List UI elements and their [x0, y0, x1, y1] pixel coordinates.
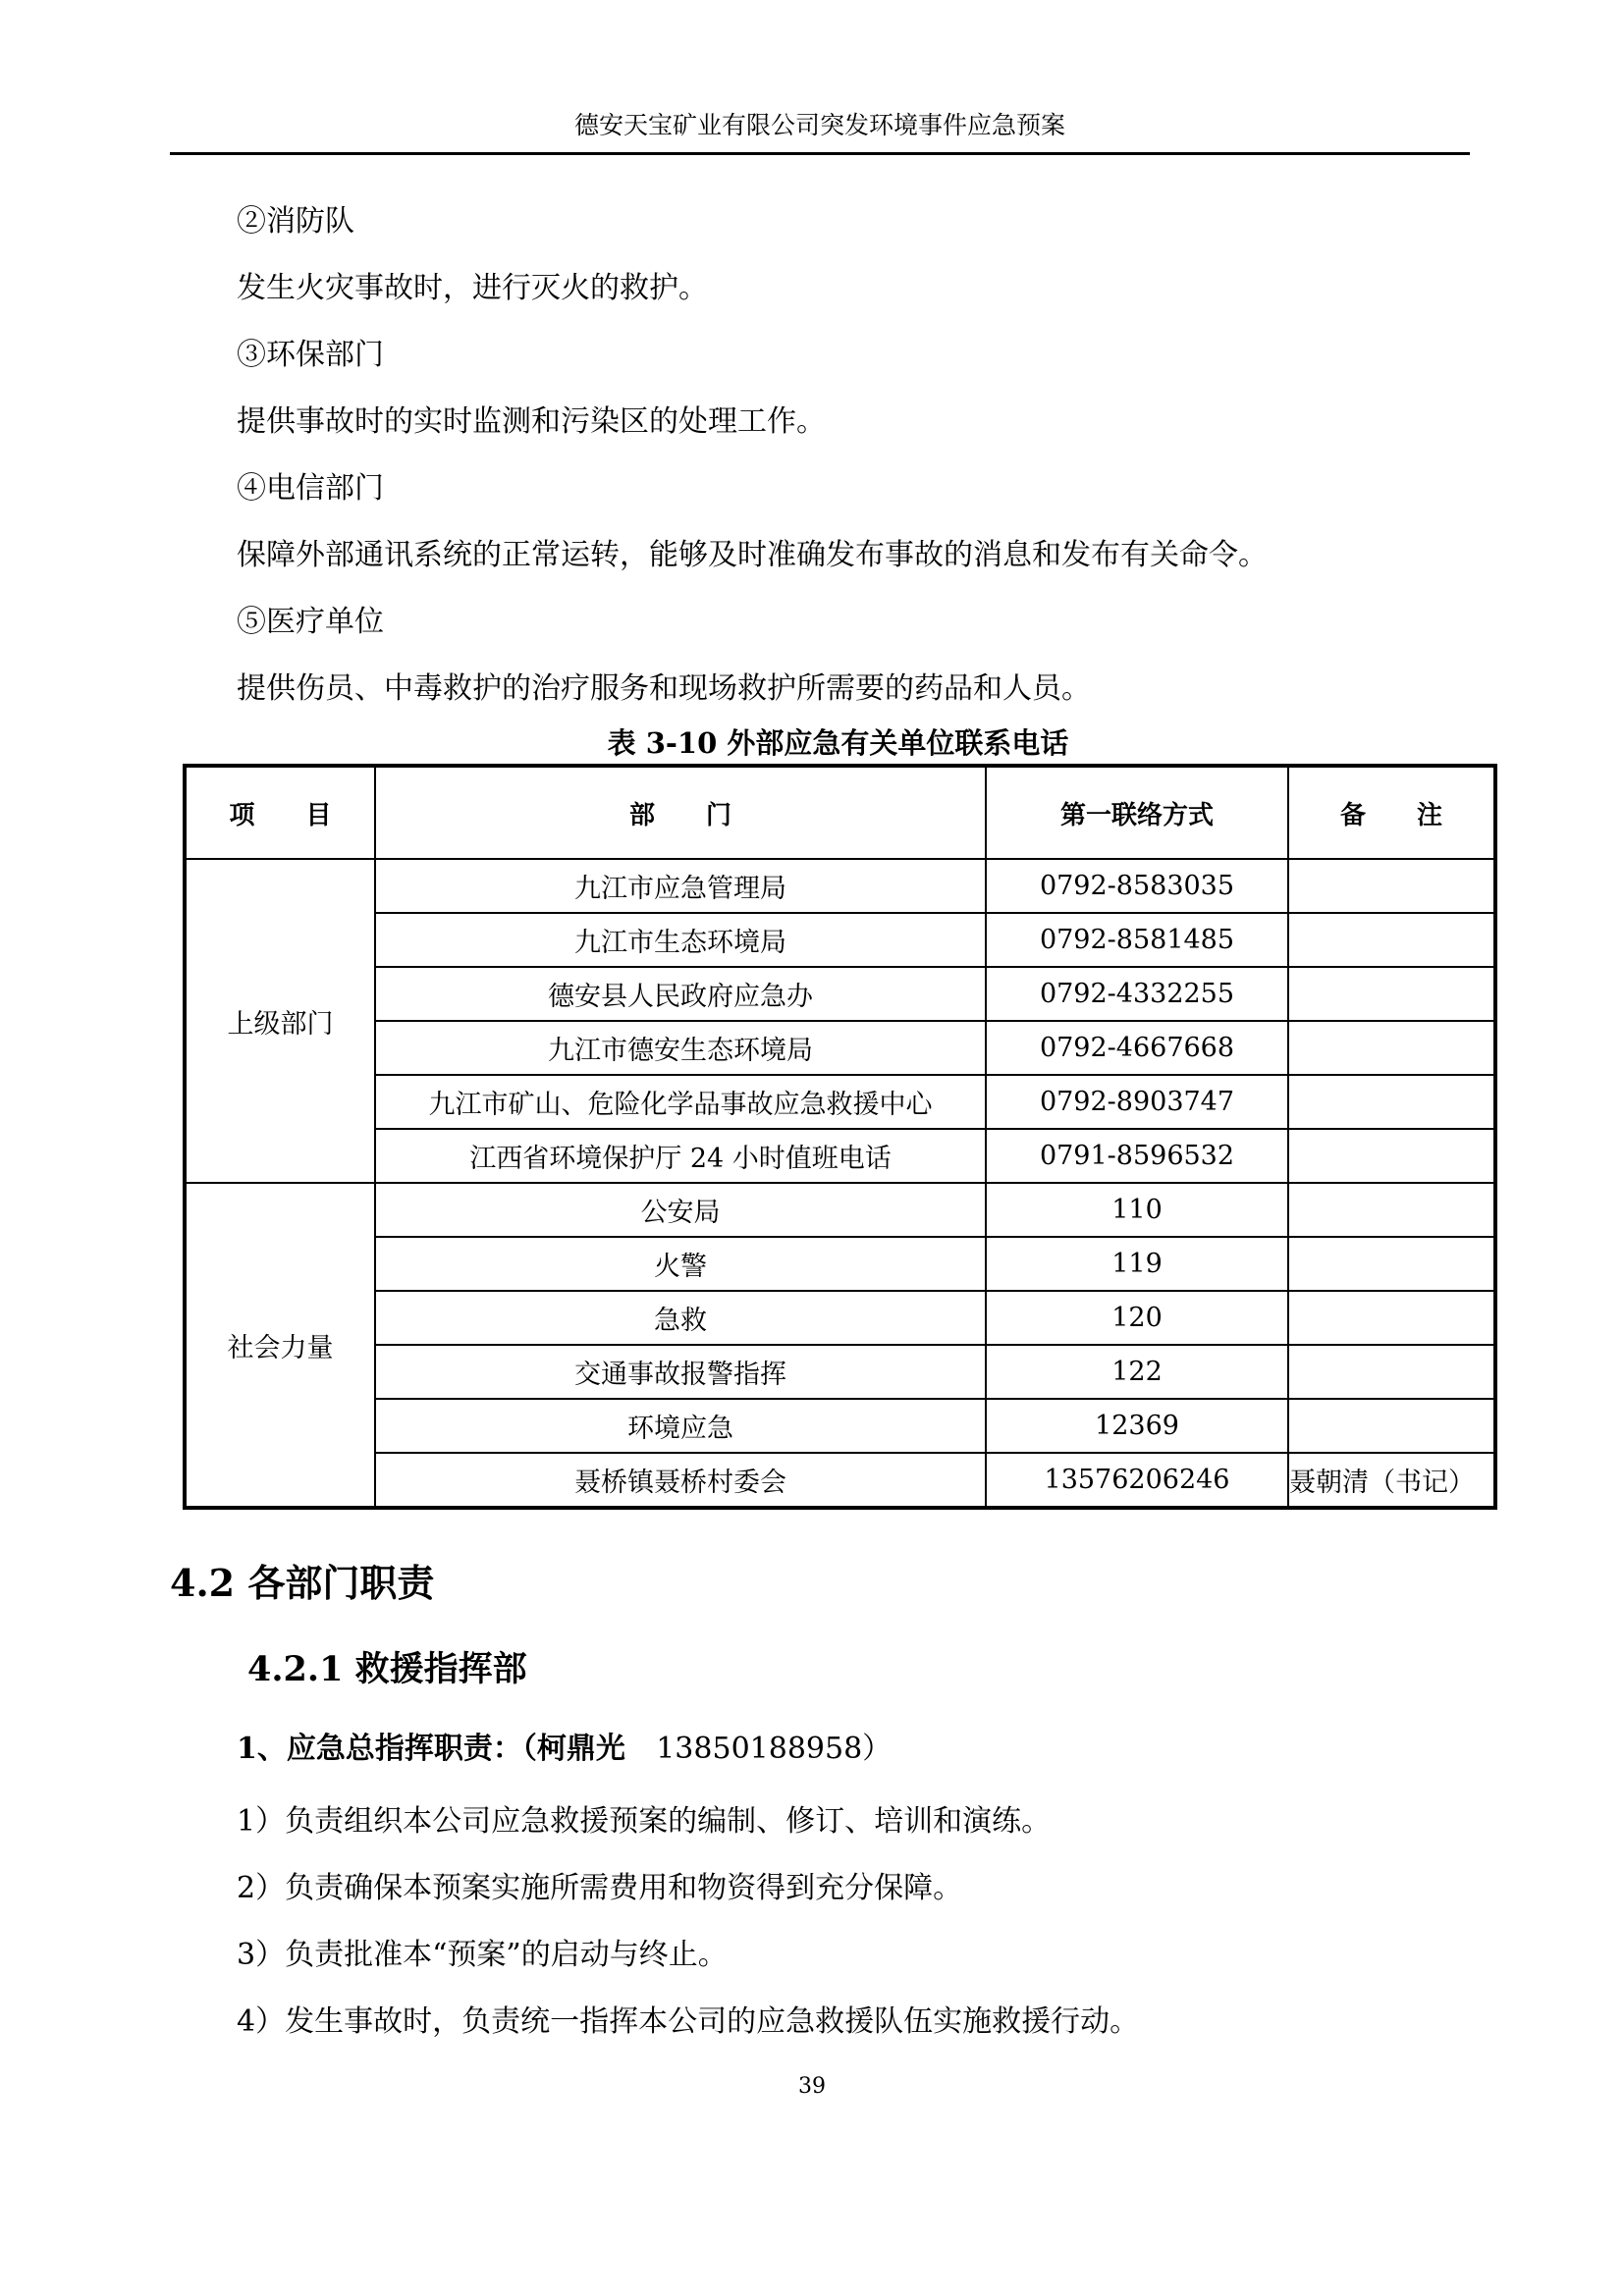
running-header: 德安天宝矿业有限公司突发环境事件应急预案	[170, 110, 1470, 141]
table-row: 江西省环境保护厅 24 小时值班电话 0791-8596532	[185, 1129, 1495, 1183]
section-heading: 4.2 各部门职责	[170, 1559, 434, 1608]
dept-cell: 公安局	[375, 1183, 986, 1237]
subheading-env-dept: ③环保部门	[237, 336, 384, 375]
subheading-medical-unit: ⑤医疗单位	[237, 603, 384, 642]
header-department: 部 门	[375, 766, 986, 859]
contacts-table: 项 目 部 门 第一联络方式 备 注 上级部门 九江市应急管理局 0792-85…	[183, 764, 1497, 1510]
header-note: 备 注	[1288, 766, 1495, 859]
subheading-fire-brigade: ②消防队	[237, 202, 354, 241]
commander-phone: 13850188958）	[656, 1732, 892, 1766]
note-cell	[1288, 1291, 1495, 1345]
table-row: 聂桥镇聂桥村委会 13576206246 聂朝清（书记）	[185, 1453, 1495, 1508]
note-cell	[1288, 913, 1495, 967]
note-cell	[1288, 1345, 1495, 1399]
note-cell	[1288, 1129, 1495, 1183]
duty-item: 2）负责确保本预案实施所需费用和物资得到充分保障。	[237, 1869, 962, 1908]
phone-cell: 0792-8581485	[986, 913, 1288, 967]
phone-cell: 120	[986, 1291, 1288, 1345]
phone-cell: 0791-8596532	[986, 1129, 1288, 1183]
table-row: 急救 120	[185, 1291, 1495, 1345]
note-cell	[1288, 1075, 1495, 1129]
subsection-heading: 4.2.1 救援指挥部	[247, 1647, 527, 1692]
paragraph-medical-unit: 提供伤员、中毒救护的治疗服务和现场救护所需要的药品和人员。	[237, 669, 1091, 709]
dept-cell: 交通事故报警指挥	[375, 1345, 986, 1399]
phone-cell: 0792-4667668	[986, 1021, 1288, 1075]
dept-cell: 环境应急	[375, 1399, 986, 1453]
dept-cell: 火警	[375, 1237, 986, 1291]
phone-cell: 110	[986, 1183, 1288, 1237]
table-row: 交通事故报警指挥 122	[185, 1345, 1495, 1399]
paragraph-telecom-dept: 保障外部通讯系统的正常运转，能够及时准确发布事故的消息和发布有关命令。	[237, 536, 1268, 575]
dept-cell: 九江市矿山、危险化学品事故应急救援中心	[375, 1075, 986, 1129]
header-item: 项 目	[185, 766, 375, 859]
dept-cell: 九江市德安生态环境局	[375, 1021, 986, 1075]
paragraph-fire-brigade: 发生火灾事故时，进行灭火的救护。	[237, 269, 708, 308]
phone-cell: 122	[986, 1345, 1288, 1399]
phone-cell: 0792-4332255	[986, 967, 1288, 1021]
phone-cell: 0792-8903747	[986, 1075, 1288, 1129]
commander-duty-label: 1、应急总指挥职责：（柯鼎光	[237, 1732, 625, 1766]
page-number: 39	[0, 2074, 1624, 2099]
note-cell	[1288, 1237, 1495, 1291]
duty-item: 3）负责批准本“预案”的启动与终止。	[237, 1936, 728, 1975]
subheading-telecom-dept: ④电信部门	[237, 469, 384, 508]
table-row: 环境应急 12369	[185, 1399, 1495, 1453]
note-cell: 聂朝清（书记）	[1288, 1453, 1495, 1508]
note-cell	[1288, 1183, 1495, 1237]
table-row: 火警 119	[185, 1237, 1495, 1291]
phone-cell: 0792-8583035	[986, 859, 1288, 913]
commander-duty-heading: 1、应急总指挥职责：（柯鼎光 13850188958）	[237, 1730, 892, 1769]
phone-cell: 12369	[986, 1399, 1288, 1453]
dept-cell: 急救	[375, 1291, 986, 1345]
note-cell	[1288, 859, 1495, 913]
dept-cell: 聂桥镇聂桥村委会	[375, 1453, 986, 1508]
table-row: 九江市矿山、危险化学品事故应急救援中心 0792-8903747	[185, 1075, 1495, 1129]
dept-cell: 九江市生态环境局	[375, 913, 986, 967]
dept-cell: 江西省环境保护厅 24 小时值班电话	[375, 1129, 986, 1183]
table-header-row: 项 目 部 门 第一联络方式 备 注	[185, 766, 1495, 859]
dept-cell: 九江市应急管理局	[375, 859, 986, 913]
duty-item: 1）负责组织本公司应急救援预案的编制、修订、培训和演练。	[237, 1802, 1051, 1842]
phone-cell: 119	[986, 1237, 1288, 1291]
group-label: 上级部门	[185, 859, 375, 1183]
phone-cell: 13576206246	[986, 1453, 1288, 1508]
header-contact: 第一联络方式	[986, 766, 1288, 859]
table-caption: 表 3-10 外部应急有关单位联系电话	[183, 723, 1493, 763]
paragraph-env-dept: 提供事故时的实时监测和污染区的处理工作。	[237, 402, 826, 442]
group-label: 社会力量	[185, 1183, 375, 1508]
header-rule	[170, 152, 1470, 155]
table-row: 九江市德安生态环境局 0792-4667668	[185, 1021, 1495, 1075]
note-cell	[1288, 1399, 1495, 1453]
dept-cell: 德安县人民政府应急办	[375, 967, 986, 1021]
note-cell	[1288, 1021, 1495, 1075]
table-row: 社会力量 公安局 110	[185, 1183, 1495, 1237]
note-cell	[1288, 967, 1495, 1021]
duty-item: 4）发生事故时，负责统一指挥本公司的应急救援队伍实施救援行动。	[237, 2002, 1139, 2042]
table-row: 德安县人民政府应急办 0792-4332255	[185, 967, 1495, 1021]
table-row: 上级部门 九江市应急管理局 0792-8583035	[185, 859, 1495, 913]
table-row: 九江市生态环境局 0792-8581485	[185, 913, 1495, 967]
